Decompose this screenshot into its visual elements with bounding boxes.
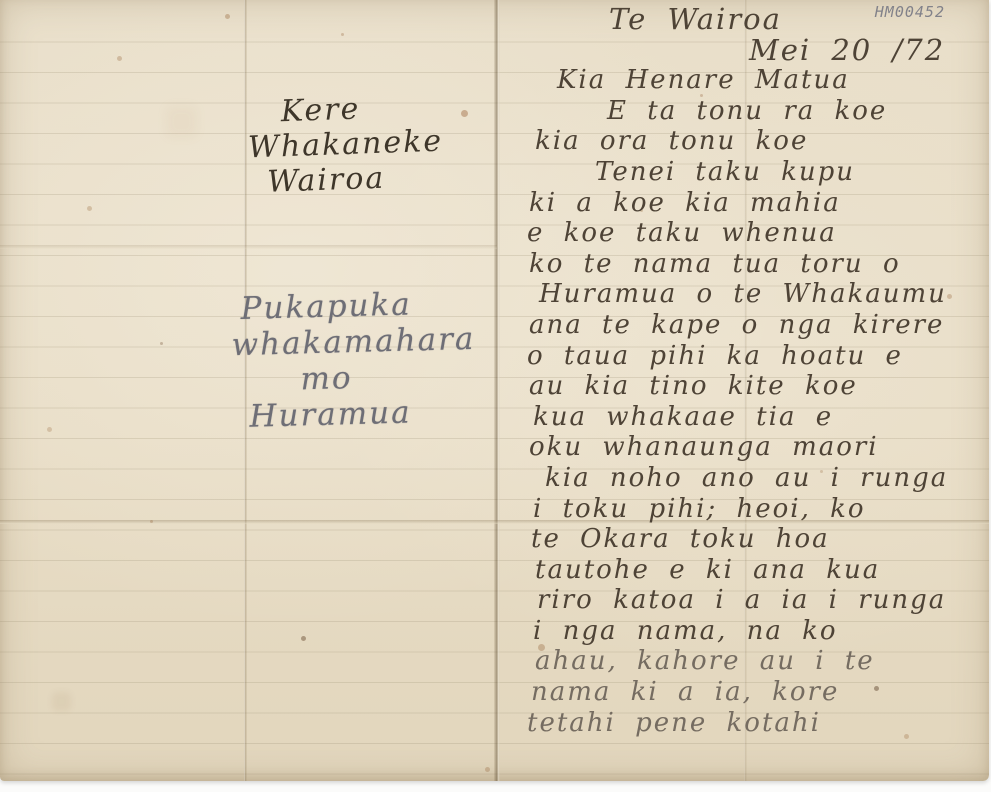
letter-line: tautohe e ki ana kua — [535, 555, 989, 586]
address-line: Whakaneke — [247, 124, 443, 166]
age-spots — [0, 0, 3, 3]
letter-line: kia noho ano au i runga — [545, 463, 989, 494]
letter-line: i toku pihi; heoi, ko — [533, 494, 989, 525]
right-page-letter-body: Te Wairoa Mei 20 /72 Kia Henare Matua E … — [497, 4, 989, 738]
scanned-letter-photo: Kere Whakaneke Wairoa Pukapuka whakamaha… — [0, 0, 991, 792]
letter-line: ana te kape o nga kirere — [529, 310, 989, 341]
letter-line: ko te nama tua toru o — [529, 249, 989, 280]
pencil-line: mo — [300, 357, 477, 398]
letter-line: o taua pihi ka hoatu e — [527, 341, 989, 372]
letter-line: riro katoa i a ia i runga — [537, 585, 989, 616]
letter-line: nama ki a ia, kore — [531, 677, 989, 708]
address-line: Wairoa — [267, 159, 445, 200]
letter-line: te Okara toku hoa — [531, 524, 989, 555]
letter-line: ki a koe kia mahia — [529, 188, 989, 219]
address-line: Kere — [280, 89, 442, 130]
letter-salutation: Kia Henare Matua — [557, 65, 989, 96]
letter-date-line: Mei 20 /72 — [749, 35, 989, 66]
letter-line: Huramua o te Whakaumu — [539, 279, 989, 310]
letter-line: i nga nama, na ko — [533, 616, 989, 647]
pencil-line: whakamahara — [231, 321, 476, 363]
fold-crease-horizontal-upper — [0, 245, 497, 249]
letter-line: Tenei taku kupu — [595, 157, 989, 188]
catalog-number: HM00452 — [875, 3, 945, 21]
pencil-line: Huramua — [249, 393, 478, 435]
letter-line: au kia tino kite koe — [529, 371, 989, 402]
letter-line: kia ora tonu koe — [535, 126, 989, 157]
letter-line: tetahi pene kotahi — [527, 708, 989, 739]
pencil-title-note: Pukapuka whakamahara mo Huramua — [230, 285, 478, 435]
letter-sheet: Kere Whakaneke Wairoa Pukapuka whakamaha… — [0, 0, 989, 781]
letter-line: E ta tonu ra koe — [607, 96, 989, 127]
address-note: Kere Whakaneke Wairoa — [246, 89, 445, 201]
letter-line: ahau, kahore au i te — [535, 646, 989, 677]
pencil-line: Pukapuka — [240, 285, 475, 327]
letter-line: oku whanaunga maori — [529, 432, 989, 463]
letter-line: kua whakaae tia e — [533, 402, 989, 433]
letter-line: e koe taku whenua — [527, 218, 989, 249]
